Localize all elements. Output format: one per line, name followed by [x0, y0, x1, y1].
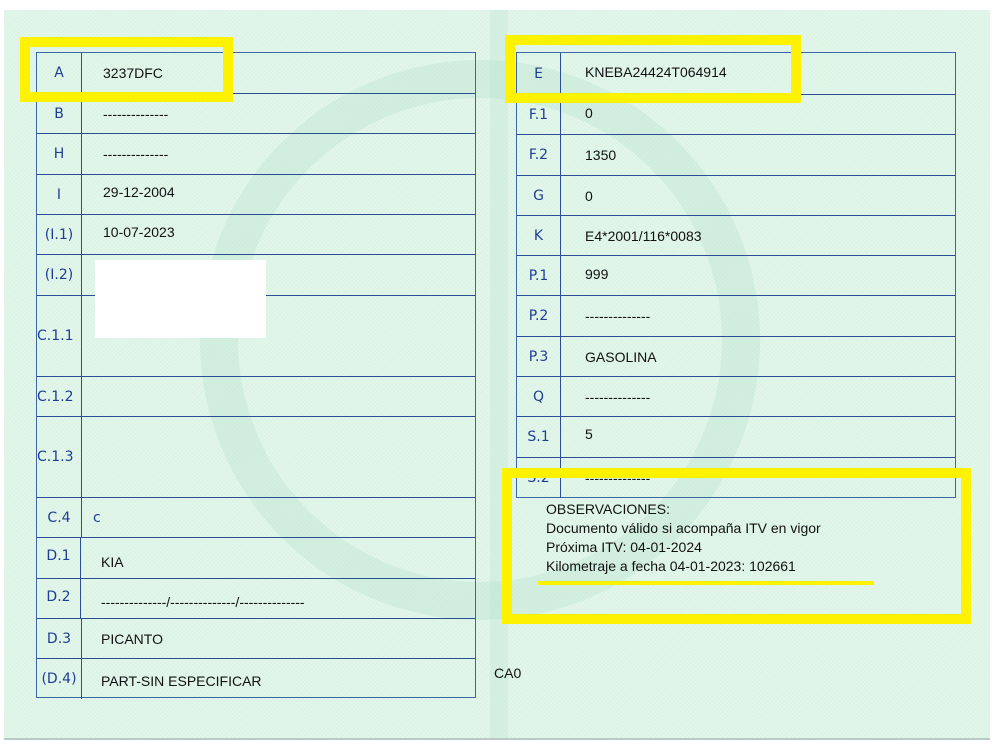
- field-code: F.2: [517, 135, 561, 175]
- field-row-p3: P.3 GASOLINA: [517, 336, 955, 376]
- field-code: I: [37, 175, 82, 214]
- field-value: c: [93, 498, 101, 537]
- field-value-fuel-type: GASOLINA: [585, 337, 657, 376]
- center-fold: [490, 10, 508, 738]
- footer-code: CA0: [494, 665, 521, 681]
- highlight-underline: [538, 581, 874, 585]
- field-value-engine-capacity: 999: [585, 256, 608, 295]
- field-code: Q: [517, 377, 561, 416]
- field-row-d1: D.1 KIA: [37, 537, 475, 578]
- field-value-type-approval: E4*2001/116*0083: [585, 216, 702, 255]
- field-value-body-type: PART-SIN ESPECIFICAR: [101, 659, 262, 699]
- field-row-g: G 0: [517, 175, 955, 215]
- highlight-registration: [20, 37, 233, 102]
- redaction-box: [95, 260, 266, 338]
- field-code: H: [37, 134, 82, 174]
- field-value-type-variant: --------------/--------------/----------…: [101, 579, 305, 618]
- field-row-q: Q --------------: [517, 376, 955, 416]
- field-value: --------------: [585, 296, 650, 336]
- field-row-c13: C.1.3: [37, 416, 475, 497]
- field-code: S.1: [517, 417, 561, 457]
- field-code: (I.1): [37, 215, 82, 254]
- field-code: P.1: [517, 256, 561, 295]
- field-value-first-registration-date: 29-12-2004: [103, 175, 175, 214]
- field-value: --------------: [585, 377, 650, 416]
- field-row-k: K E4*2001/116*0083: [517, 215, 955, 255]
- field-row-f2: F.2 1350: [517, 134, 955, 175]
- field-code: C.4: [37, 498, 82, 537]
- field-code: K: [517, 216, 561, 255]
- field-code: P.3: [517, 337, 561, 376]
- field-row-h: H --------------: [37, 133, 475, 174]
- field-code: P.2: [517, 296, 561, 336]
- field-row-d4: (D.4) PART-SIN ESPECIFICAR: [37, 658, 475, 699]
- field-code: C.1.2: [37, 377, 82, 416]
- field-row-c4: C.4 c: [37, 497, 475, 537]
- field-code: C.1.1: [37, 296, 82, 376]
- field-value-issue-date: 10-07-2023: [103, 215, 175, 254]
- field-value-max-mass: 1350: [585, 135, 616, 175]
- highlight-vin: [505, 35, 801, 103]
- field-row-i1: (I.1) 10-07-2023: [37, 214, 475, 254]
- highlight-observations: [502, 468, 971, 624]
- field-row-d2: D.2 --------------/--------------/------…: [37, 578, 475, 618]
- field-row-p1: P.1 999: [517, 255, 955, 295]
- field-code: C.1.3: [37, 417, 82, 497]
- field-row-s1: S.1 5: [517, 416, 955, 457]
- right-field-table: E KNEBA24424T064914 F.1 0 F.2 1350 G 0 K…: [516, 52, 956, 498]
- field-row-i: I 29-12-2004: [37, 174, 475, 214]
- field-code: (I.2): [37, 255, 82, 295]
- field-code: D.3: [37, 619, 82, 658]
- field-row-d3: D.3 PICANTO: [37, 618, 475, 658]
- field-value-model: PICANTO: [101, 619, 163, 658]
- field-value-make: KIA: [101, 538, 124, 578]
- field-code: D.2: [37, 579, 81, 618]
- field-value-seats: 5: [585, 417, 593, 457]
- field-row-c12: C.1.2: [37, 376, 475, 416]
- field-value: --------------: [103, 134, 168, 174]
- left-field-table: A 3237DFC B -------------- H -----------…: [36, 52, 476, 698]
- field-code: D.1: [37, 538, 81, 578]
- field-code: (D.4): [37, 659, 82, 699]
- field-row-p2: P.2 --------------: [517, 295, 955, 336]
- field-value: 0: [585, 176, 593, 215]
- field-code: G: [517, 176, 561, 215]
